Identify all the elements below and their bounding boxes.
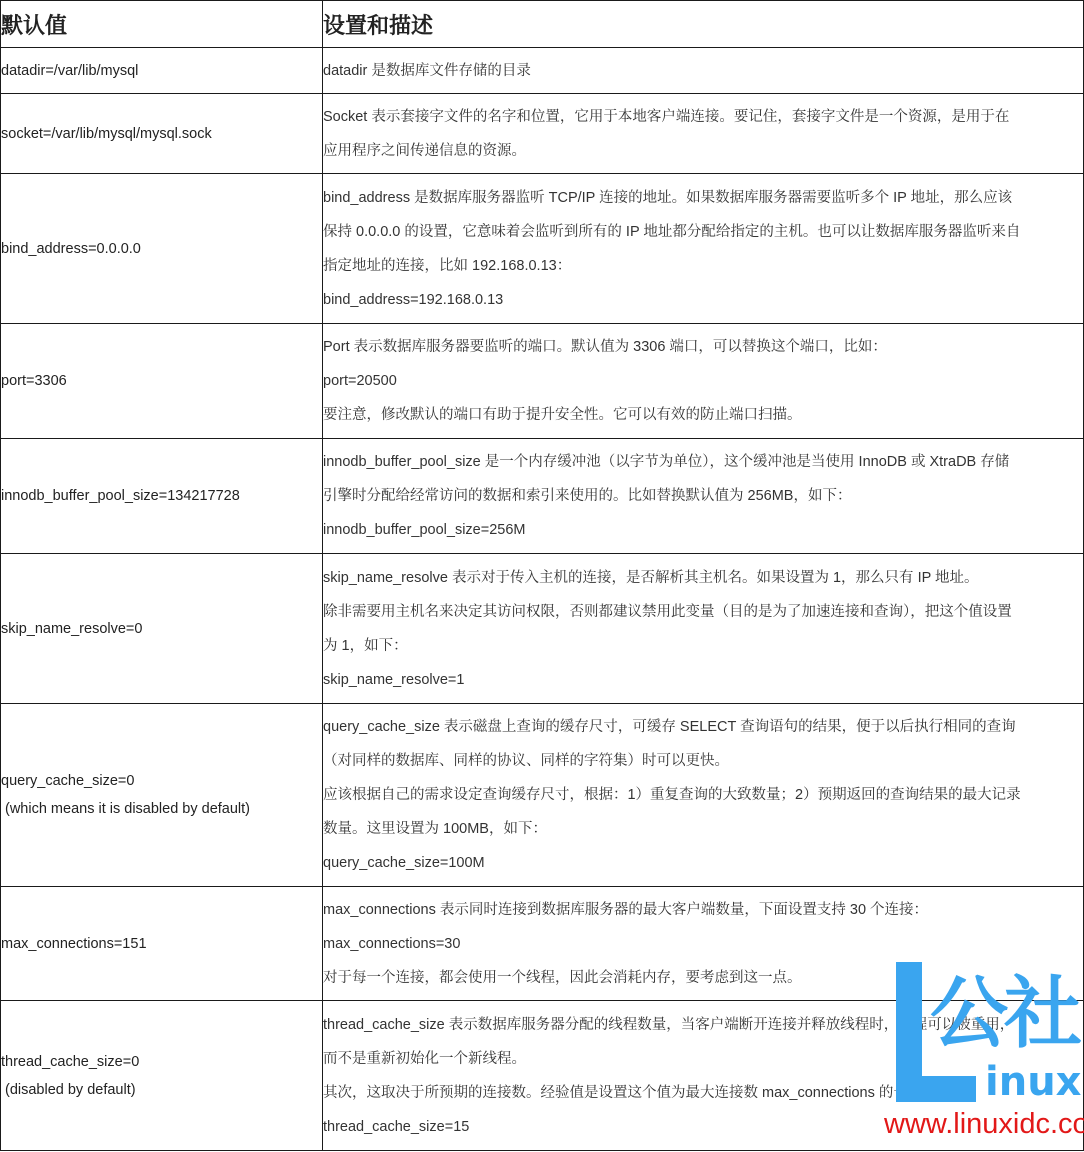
row-description: thread_cache_size 表示数据库服务器分配的线程数量，当客户端断开… — [323, 1001, 1084, 1151]
description-line: 应用程序之间传递信息的资源。 — [323, 134, 1083, 168]
key-value: bind_address=0.0.0.0 — [1, 241, 141, 257]
row-key: query_cache_size=0 (which means it is di… — [1, 704, 323, 887]
row-key: datadir=/var/lib/mysql — [1, 48, 323, 94]
row-key: port=3306 — [1, 324, 323, 439]
row-description: innodb_buffer_pool_size 是一个内存缓冲池（以字节为单位）… — [323, 439, 1084, 554]
description-line: 而不是重新初始化一个新线程。 — [323, 1042, 1083, 1076]
row-description: bind_address 是数据库服务器监听 TCP/IP 连接的地址。如果数据… — [323, 174, 1084, 324]
description-line: skip_name_resolve=1 — [323, 663, 1083, 697]
description-line: datadir 是数据库文件存储的目录 — [323, 54, 1083, 88]
header-setting-description: 设置和描述 — [323, 1, 1084, 48]
row-key: bind_address=0.0.0.0 — [1, 174, 323, 324]
row-key: innodb_buffer_pool_size=134217728 — [1, 439, 323, 554]
row-key: skip_name_resolve=0 — [1, 554, 323, 704]
description-line: 为 1，如下： — [323, 629, 1083, 663]
description-line: 引擎时分配给经常访问的数据和索引来使用的。比如替换默认值为 256MB，如下： — [323, 479, 1083, 513]
key-value: thread_cache_size=0 — [1, 1054, 139, 1070]
row-key: thread_cache_size=0 (disabled by default… — [1, 1001, 323, 1151]
description-line: 对于每一个连接，都会使用一个线程，因此会消耗内存，要考虑到这一点。 — [323, 961, 1083, 995]
description-line: 数量。这里设置为 100MB，如下： — [323, 812, 1083, 846]
description-line: skip_name_resolve 表示对于传入主机的连接，是否解析其主机名。如… — [323, 561, 1083, 595]
row-key: socket=/var/lib/mysql/mysql.sock — [1, 94, 323, 174]
description-line: thread_cache_size=15 — [323, 1110, 1083, 1144]
description-line: innodb_buffer_pool_size=256M — [323, 513, 1083, 547]
key-value: innodb_buffer_pool_size=134217728 — [1, 488, 240, 504]
table-row: query_cache_size=0 (which means it is di… — [1, 704, 1084, 887]
description-line: query_cache_size=100M — [323, 846, 1083, 880]
description-line: 除非需要用主机名来决定其访问权限，否则都建议禁用此变量（目的是为了加速连接和查询… — [323, 595, 1083, 629]
description-line: （对同样的数据库、同样的协议、同样的字符集）时可以更快。 — [323, 744, 1083, 778]
description-line: max_connections=30 — [323, 927, 1083, 961]
key-value: datadir=/var/lib/mysql — [1, 63, 138, 79]
description-line: bind_address=192.168.0.13 — [323, 283, 1083, 317]
config-table: 默认值 设置和描述 datadir=/var/lib/mysql datadir… — [0, 0, 1084, 1151]
table-row: skip_name_resolve=0 skip_name_resolve 表示… — [1, 554, 1084, 704]
table-row: datadir=/var/lib/mysql datadir 是数据库文件存储的… — [1, 48, 1084, 94]
description-line: max_connections 表示同时连接到数据库服务器的最大客户端数量，下面… — [323, 893, 1083, 927]
header-default-value: 默认值 — [1, 1, 323, 48]
row-description: Socket 表示套接字文件的名字和位置，它用于本地客户端连接。要记住，套接字文… — [323, 94, 1084, 174]
row-description: max_connections 表示同时连接到数据库服务器的最大客户端数量，下面… — [323, 887, 1084, 1001]
table-header-row: 默认值 设置和描述 — [1, 1, 1084, 48]
description-line: 应该根据自己的需求设定查询缓存尺寸，根据：1）重复查询的大致数量；2）预期返回的… — [323, 778, 1083, 812]
row-description: query_cache_size 表示磁盘上查询的缓存尺寸，可缓存 SELECT… — [323, 704, 1084, 887]
table-row: port=3306 Port 表示数据库服务器要监听的端口。默认值为 3306 … — [1, 324, 1084, 439]
key-value: skip_name_resolve=0 — [1, 621, 142, 637]
row-description: skip_name_resolve 表示对于传入主机的连接，是否解析其主机名。如… — [323, 554, 1084, 704]
row-key: max_connections=151 — [1, 887, 323, 1001]
table-row: innodb_buffer_pool_size=134217728 innodb… — [1, 439, 1084, 554]
table-row: bind_address=0.0.0.0 bind_address 是数据库服务… — [1, 174, 1084, 324]
table-row: socket=/var/lib/mysql/mysql.sock Socket … — [1, 94, 1084, 174]
description-line: query_cache_size 表示磁盘上查询的缓存尺寸，可缓存 SELECT… — [323, 710, 1083, 744]
table-row: thread_cache_size=0 (disabled by default… — [1, 1001, 1084, 1151]
description-line: 其次，这取决于所预期的连接数。经验值是设置这个值为最大连接数 max_conne… — [323, 1076, 1083, 1110]
row-description: datadir 是数据库文件存储的目录 — [323, 48, 1084, 94]
key-value: query_cache_size=0 — [1, 773, 134, 789]
key-value: max_connections=151 — [1, 936, 147, 952]
description-line: bind_address 是数据库服务器监听 TCP/IP 连接的地址。如果数据… — [323, 181, 1083, 215]
description-line: port=20500 — [323, 364, 1083, 398]
key-note: (which means it is disabled by default) — [1, 801, 322, 817]
table-row: max_connections=151 max_connections 表示同时… — [1, 887, 1084, 1001]
key-value: port=3306 — [1, 373, 67, 389]
description-line: Port 表示数据库服务器要监听的端口。默认值为 3306 端口，可以替换这个端… — [323, 330, 1083, 364]
key-note: (disabled by default) — [1, 1082, 322, 1098]
row-description: Port 表示数据库服务器要监听的端口。默认值为 3306 端口，可以替换这个端… — [323, 324, 1084, 439]
description-line: thread_cache_size 表示数据库服务器分配的线程数量，当客户端断开… — [323, 1008, 1083, 1042]
description-line: 保持 0.0.0.0 的设置，它意味着会监听到所有的 IP 地址都分配给指定的主… — [323, 215, 1083, 249]
description-line: innodb_buffer_pool_size 是一个内存缓冲池（以字节为单位）… — [323, 445, 1083, 479]
description-line: 要注意，修改默认的端口有助于提升安全性。它可以有效的防止端口扫描。 — [323, 398, 1083, 432]
key-value: socket=/var/lib/mysql/mysql.sock — [1, 126, 212, 142]
description-line: Socket 表示套接字文件的名字和位置，它用于本地客户端连接。要记住，套接字文… — [323, 100, 1083, 134]
description-line: 指定地址的连接，比如 192.168.0.13： — [323, 249, 1083, 283]
